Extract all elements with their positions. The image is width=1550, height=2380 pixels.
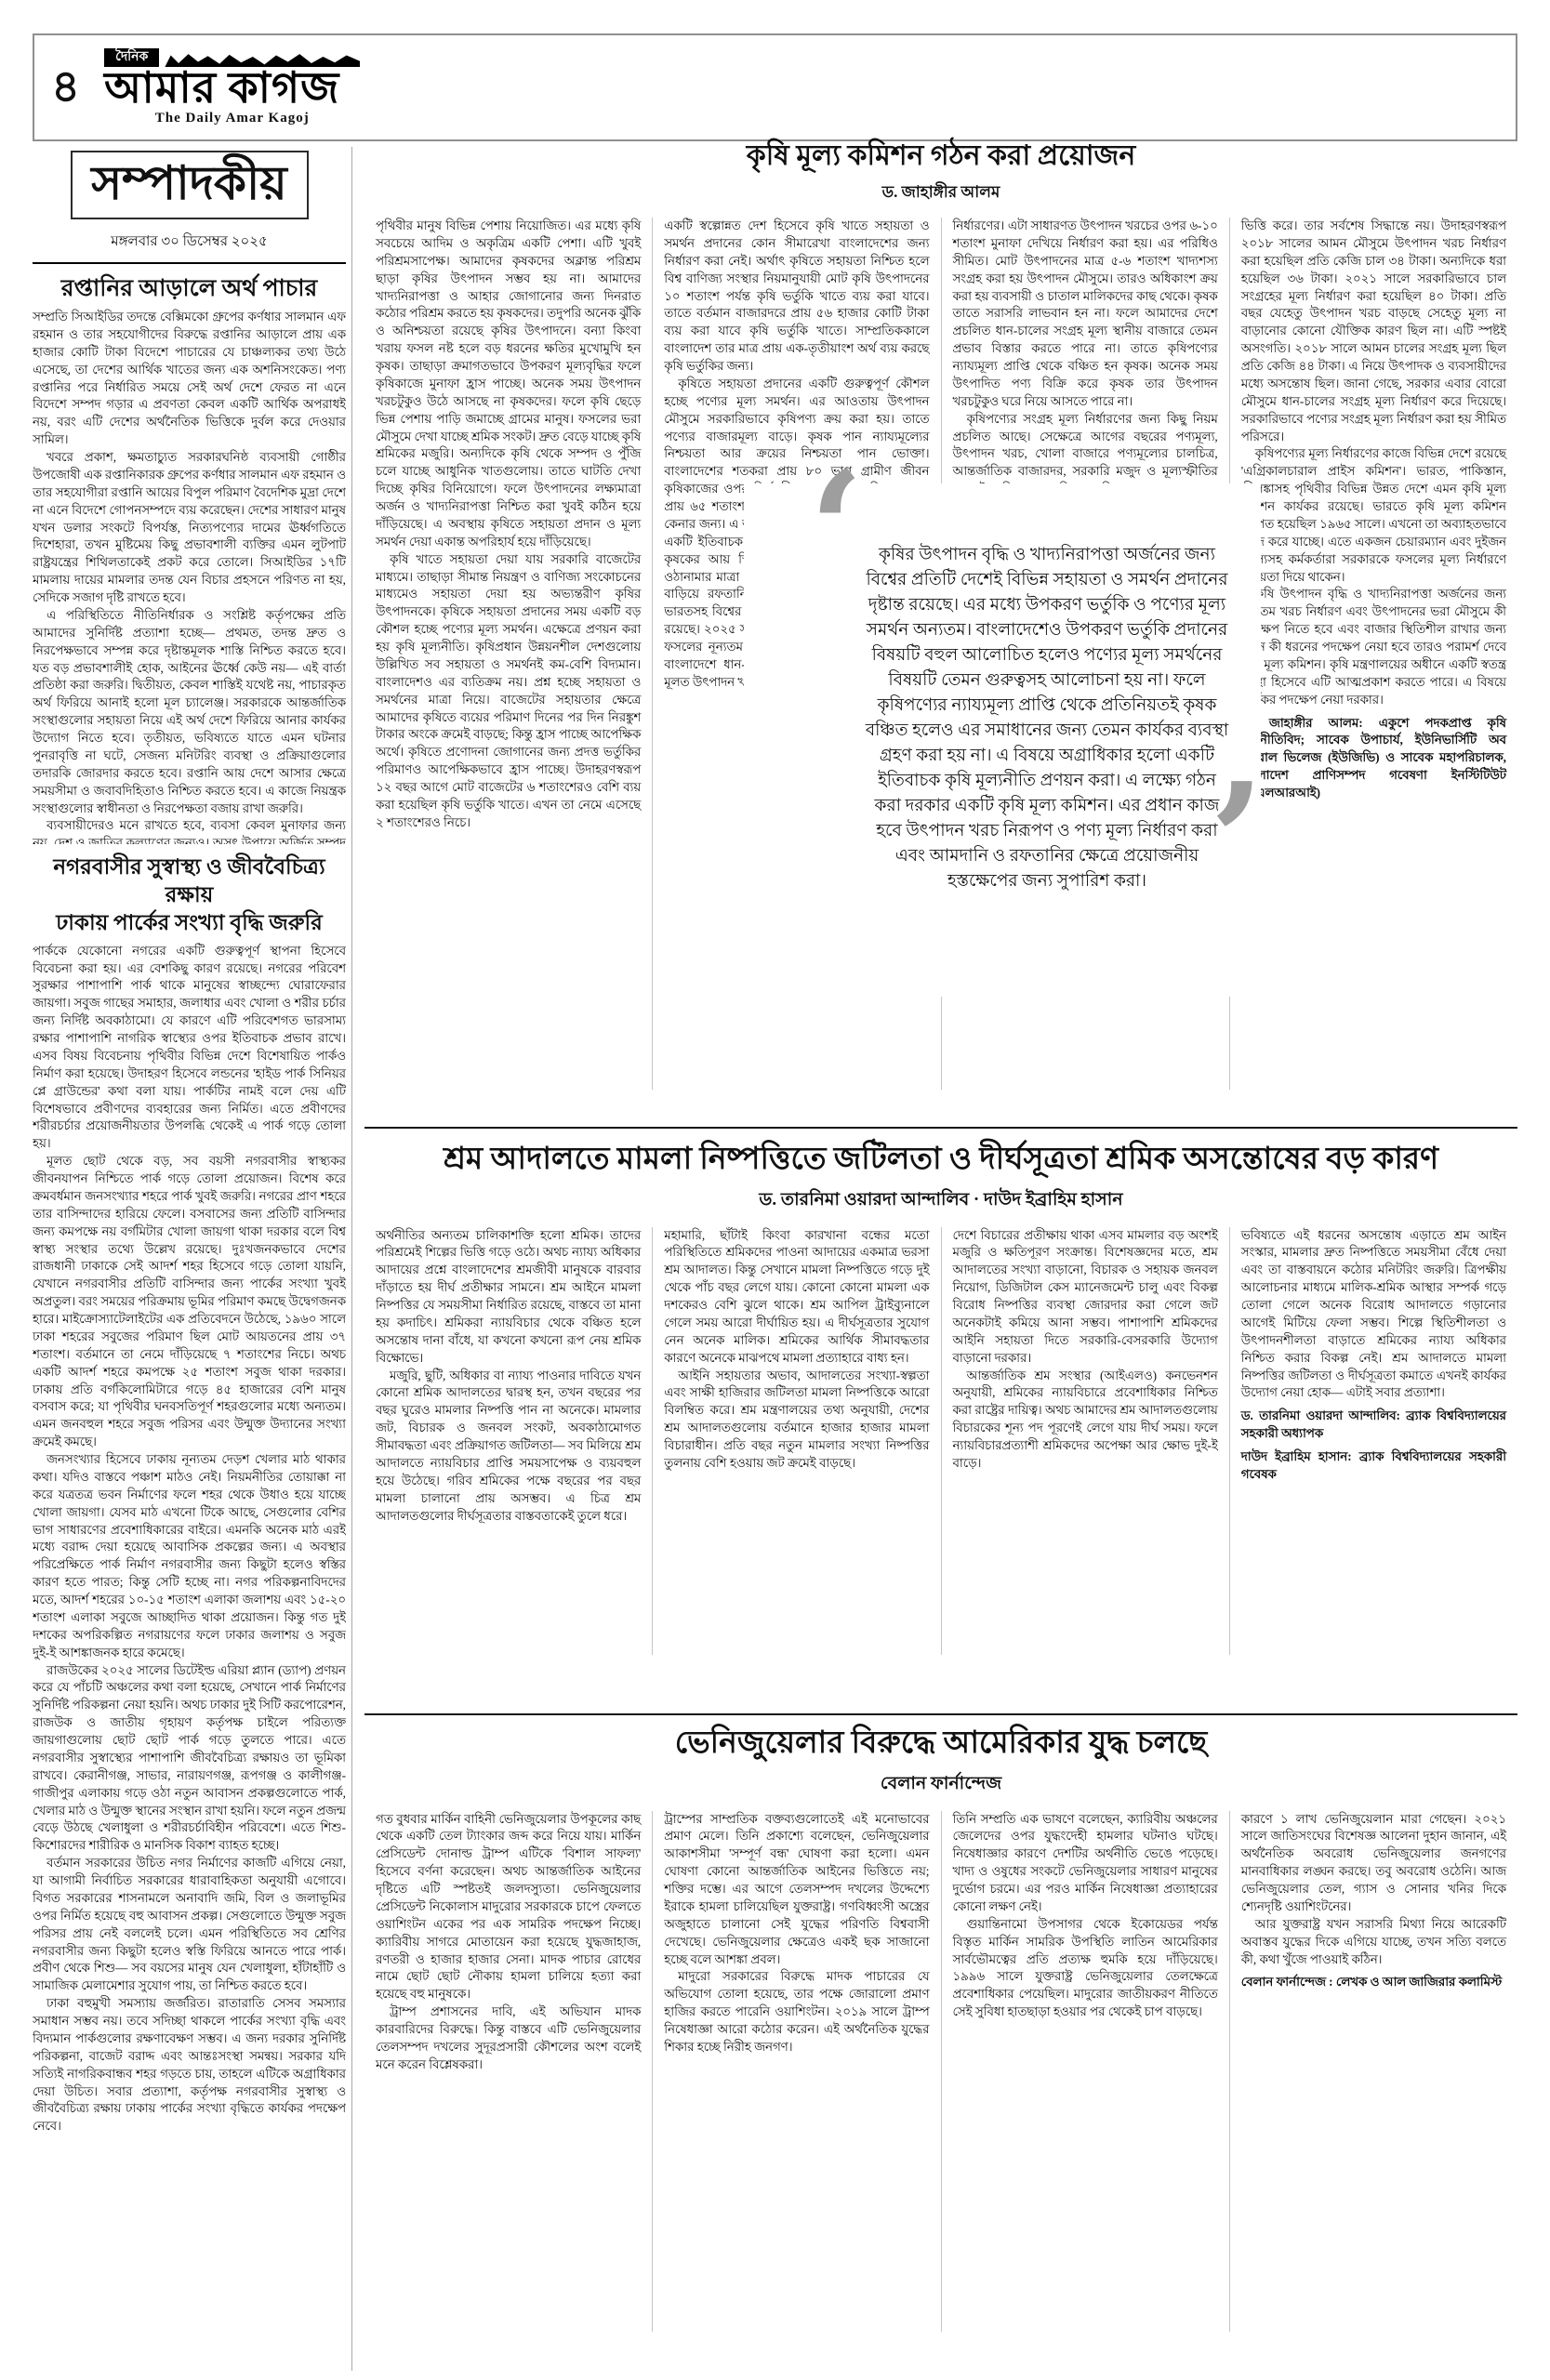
- body-paragraph: সম্প্রতি সিআইডির তদন্তে বেক্সিমকো গ্রুপে…: [33, 309, 346, 449]
- article-column: কারণে ১ লাখ ভেনিজুয়েলান মারা গেছেন। ২০২…: [1229, 1811, 1517, 2332]
- body-paragraph: কৃষিপণ্যের মূল্য নির্ধারণের কাজে বিভিন্ন…: [1241, 445, 1506, 586]
- body-paragraph: মূলত ছোট থেকে বড়, সব বয়সী নগরবাসীর স্ব…: [33, 1153, 346, 1451]
- opening-quote-icon: ‘: [809, 451, 864, 609]
- article-separator: [364, 1127, 1517, 1129]
- article-column: ভিত্তি করে। তার সর্বশেষ সিদ্ধান্তে নয়। …: [1229, 218, 1517, 1090]
- logo-name-bengali: আমার কাগজ: [104, 67, 339, 111]
- body-paragraph: কৃষি উৎপাদন বৃদ্ধি ও খাদ্যনিরাপত্তা অর্জ…: [1241, 586, 1506, 708]
- body-paragraph: ব্যবসায়ীদেরও মনে রাখতে হবে, ব্যবসা কেবল…: [33, 817, 346, 844]
- masthead-box: ৪ দৈনিক আমার কাগজ The Daily Amar Kagoj: [33, 33, 1517, 141]
- body-paragraph: ট্রাম্পের সাম্প্রতিক বক্তব্যগুলোতেই এই ম…: [664, 1811, 929, 1969]
- author-note: বেলান ফার্নান্দেজ : লেখক ও আল জাজিরার কল…: [1241, 1974, 1506, 1991]
- body-paragraph: গুয়ান্তিনামো উপসাগর থেকে ইকোয়েডর পর্যন…: [953, 1916, 1218, 2021]
- body-paragraph: আর যুক্তরাষ্ট্র যখন সরাসরি মিথ্যা নিয়ে …: [1241, 1916, 1506, 1969]
- column-divider: [351, 147, 352, 2371]
- article-byline: ড. তারনিমা ওয়ারদা আন্দালিব · দাউদ ইব্রা…: [364, 1186, 1517, 1216]
- body-paragraph: মাদুরো সরকারের বিরুদ্ধে মাদক পাচারের যে …: [664, 1968, 929, 2056]
- article-column: তিনি সম্প্রতি এক ভাষণে বলেছেন, ক্যারিবীয…: [941, 1811, 1229, 2332]
- body-paragraph: এ পরিস্থিতিতে নীতিনির্ধারক ও সংশ্লিষ্ট ক…: [33, 607, 346, 818]
- newspaper-page: ৪ দৈনিক আমার কাগজ The Daily Amar Kagoj স…: [0, 0, 1550, 2380]
- editorial-headline-2: নগরবাসীর সুস্বাস্থ্য ও জীববৈচিত্র্য রক্ষ…: [33, 853, 346, 937]
- body-paragraph: মহামারি, ছাঁটাই কিংবা কারখানা বন্ধের মতো…: [664, 1227, 929, 1368]
- editorial-rule: [33, 262, 346, 264]
- article-byline: ড. জাহাঙ্গীর আলম: [364, 180, 1517, 206]
- body-paragraph: মজুরি, ছুটি, অধিকার বা ন্যায্য পাওনার দা…: [376, 1368, 641, 1526]
- body-paragraph: বর্তমান সরকারের উচিত নগর নির্মাণের কাজটি…: [33, 1855, 346, 1995]
- editorial-body-1: সম্প্রতি সিআইডির তদন্তে বেক্সিমকো গ্রুপে…: [33, 309, 346, 844]
- body-paragraph: আন্তর্জাতিক শ্রম সংস্থার (আইএলও) কনভেনশন…: [953, 1368, 1218, 1473]
- page-number: ৪: [51, 65, 80, 110]
- body-paragraph: অর্থনীতির অন্যতম চালিকাশক্তি হলো শ্রমিক।…: [376, 1227, 641, 1368]
- article-column: ভবিষ্যতে এই ধরনের অসন্তোষ এড়াতে শ্রম আই…: [1229, 1227, 1517, 1655]
- pull-quote-text: কৃষির উৎপাদন বৃদ্ধি ও খাদ্যনিরাপত্তা অর্…: [865, 543, 1229, 993]
- body-paragraph: একটি স্বল্পোন্নত দেশ হিসেবে কৃষি খাতে সহ…: [664, 218, 929, 376]
- newspaper-logo: দৈনিক আমার কাগজ The Daily Amar Kagoj: [104, 48, 360, 126]
- body-paragraph: ট্রাম্প প্রশাসনের দাবি, এই অভিযান মাদক ক…: [376, 2003, 641, 2074]
- body-paragraph: পৃথিবীর মানুষ বিভিন্ন পেশায় নিয়োজিত। এ…: [376, 218, 641, 551]
- editorial-headline-2-line1: নগরবাসীর সুস্বাস্থ্য ও জীববৈচিত্র্য রক্ষ…: [33, 853, 346, 909]
- article-column: ট্রাম্পের সাম্প্রতিক বক্তব্যগুলোতেই এই ম…: [652, 1811, 940, 2332]
- body-paragraph: গত বুধবার মার্কিন বাহিনী ভেনিজুয়েলার উপ…: [376, 1811, 641, 2004]
- body-paragraph: তিনি সম্প্রতি এক ভাষণে বলেছেন, ক্যারিবীয…: [953, 1811, 1218, 1916]
- body-paragraph: জনসংখ্যার হিসেবে ঢাকায় নূন্যতম দেড়শ খে…: [33, 1451, 346, 1662]
- body-paragraph: ভবিষ্যতে এই ধরনের অসন্তোষ এড়াতে শ্রম আই…: [1241, 1227, 1506, 1403]
- editorial-headline-2-line2: ঢাকায় পার্কের সংখ্যা বৃদ্ধি জরুরি: [33, 909, 346, 937]
- article-columns: অর্থনীতির অন্যতম চালিকাশক্তি হলো শ্রমিক।…: [364, 1227, 1517, 1655]
- author-note: ড. তারনিমা ওয়ারদা আন্দালিব: ব্র্যাক বিশ…: [1241, 1408, 1506, 1443]
- editorial-section-title: সম্পাদকীয়: [71, 151, 309, 219]
- author-note: দাউদ ইব্রাহিম হাসান: ব্র্যাক বিশ্ববিদ্যা…: [1241, 1448, 1506, 1484]
- author-note: ড. জাহাঙ্গীর আলম: একুশে পদকপ্রাপ্ত কৃষি …: [1241, 715, 1506, 802]
- body-paragraph: খবরে প্রকাশ, ক্ষমতাচ্যুত সরকারঘনিষ্ঠ ব্য…: [33, 449, 346, 607]
- body-paragraph: দেশে বিচারের প্রতীক্ষায় থাকা এসব মামলার…: [953, 1227, 1218, 1368]
- body-paragraph: কারণে ১ লাখ ভেনিজুয়েলান মারা গেছেন। ২০২…: [1241, 1811, 1506, 1916]
- article-column: মহামারি, ছাঁটাই কিংবা কারখানা বন্ধের মতো…: [652, 1227, 940, 1655]
- body-paragraph: ভিত্তি করে। তার সর্বশেষ সিদ্ধান্তে নয়। …: [1241, 218, 1506, 445]
- body-paragraph: রাজউকের ২০২৫ সালের ডিটেইল্ড এরিয়া প্ল্য…: [33, 1662, 346, 1856]
- body-paragraph: পার্ককে যেকোনো নগরের একটি গুরুত্বপূর্ণ স…: [33, 943, 346, 1154]
- body-paragraph: কৃষি খাতে সহায়তা দেয়া যায় সরকারি বাজে…: [376, 551, 641, 832]
- pull-quote: ‘ কৃষির উৎপাদন বৃদ্ধি ও খাদ্যনিরাপত্তা অ…: [744, 483, 1261, 997]
- closing-quote-icon: ’: [1210, 762, 1265, 920]
- article-column: পৃথিবীর মানুষ বিভিন্ন পেশায় নিয়োজিত। এ…: [364, 218, 652, 1090]
- article-headline: শ্রম আদালতে মামলা নিষ্পত্তিতে জটিলতা ও দ…: [364, 1142, 1517, 1179]
- body-paragraph: নির্ধারণের। এটা সাধারণত উৎপাদন খরচের ওপর…: [953, 218, 1218, 411]
- article-column: গত বুধবার মার্কিন বাহিনী ভেনিজুয়েলার উপ…: [364, 1811, 652, 2332]
- article-columns: গত বুধবার মার্কিন বাহিনী ভেনিজুয়েলার উপ…: [364, 1811, 1517, 2332]
- article-column: দেশে বিচারের প্রতীক্ষায় থাকা এসব মামলার…: [941, 1227, 1229, 1655]
- article-headline: ভেনিজুয়েলার বিরুদ্ধে আমেরিকার যুদ্ধ চলছ…: [364, 1725, 1517, 1763]
- article-byline: বেলান ফার্নান্দেজ: [364, 1770, 1517, 1800]
- editorial-body-2: পার্ককে যেকোনো নগরের একটি গুরুত্বপূর্ণ স…: [33, 943, 346, 2347]
- logo-name-english: The Daily Amar Kagoj: [155, 111, 310, 126]
- editorial-headline-1: রপ্তানির আড়ালে অর্থ পাচার: [33, 275, 346, 303]
- article-headline: কৃষি মূল্য কমিশন গঠন করা প্রয়োজন: [364, 139, 1517, 173]
- article-labour-courts: শ্রম আদালতে মামলা নিষ্পত্তিতে জটিলতা ও দ…: [364, 1142, 1517, 1655]
- body-paragraph: আইনি সহায়তার অভাব, আদালতের সংখ্যা-স্বল্…: [664, 1368, 929, 1473]
- article-column: অর্থনীতির অন্যতম চালিকাশক্তি হলো শ্রমিক।…: [364, 1227, 652, 1655]
- editorial-date: মঙ্গলবার ৩০ ডিসেম্বর ২০২৫: [33, 231, 346, 254]
- masthead-flag-decor: [165, 54, 360, 67]
- body-paragraph: ঢাকা বহুমুখী সমস্যায় জর্জরিত। রাতারাতি …: [33, 1995, 346, 2135]
- article-venezuela: ভেনিজুয়েলার বিরুদ্ধে আমেরিকার যুদ্ধ চলছ…: [364, 1725, 1517, 2332]
- editorial-column: সম্পাদকীয় মঙ্গলবার ৩০ ডিসেম্বর ২০২৫ রপ্…: [33, 147, 346, 2371]
- article-separator: [364, 1713, 1517, 1715]
